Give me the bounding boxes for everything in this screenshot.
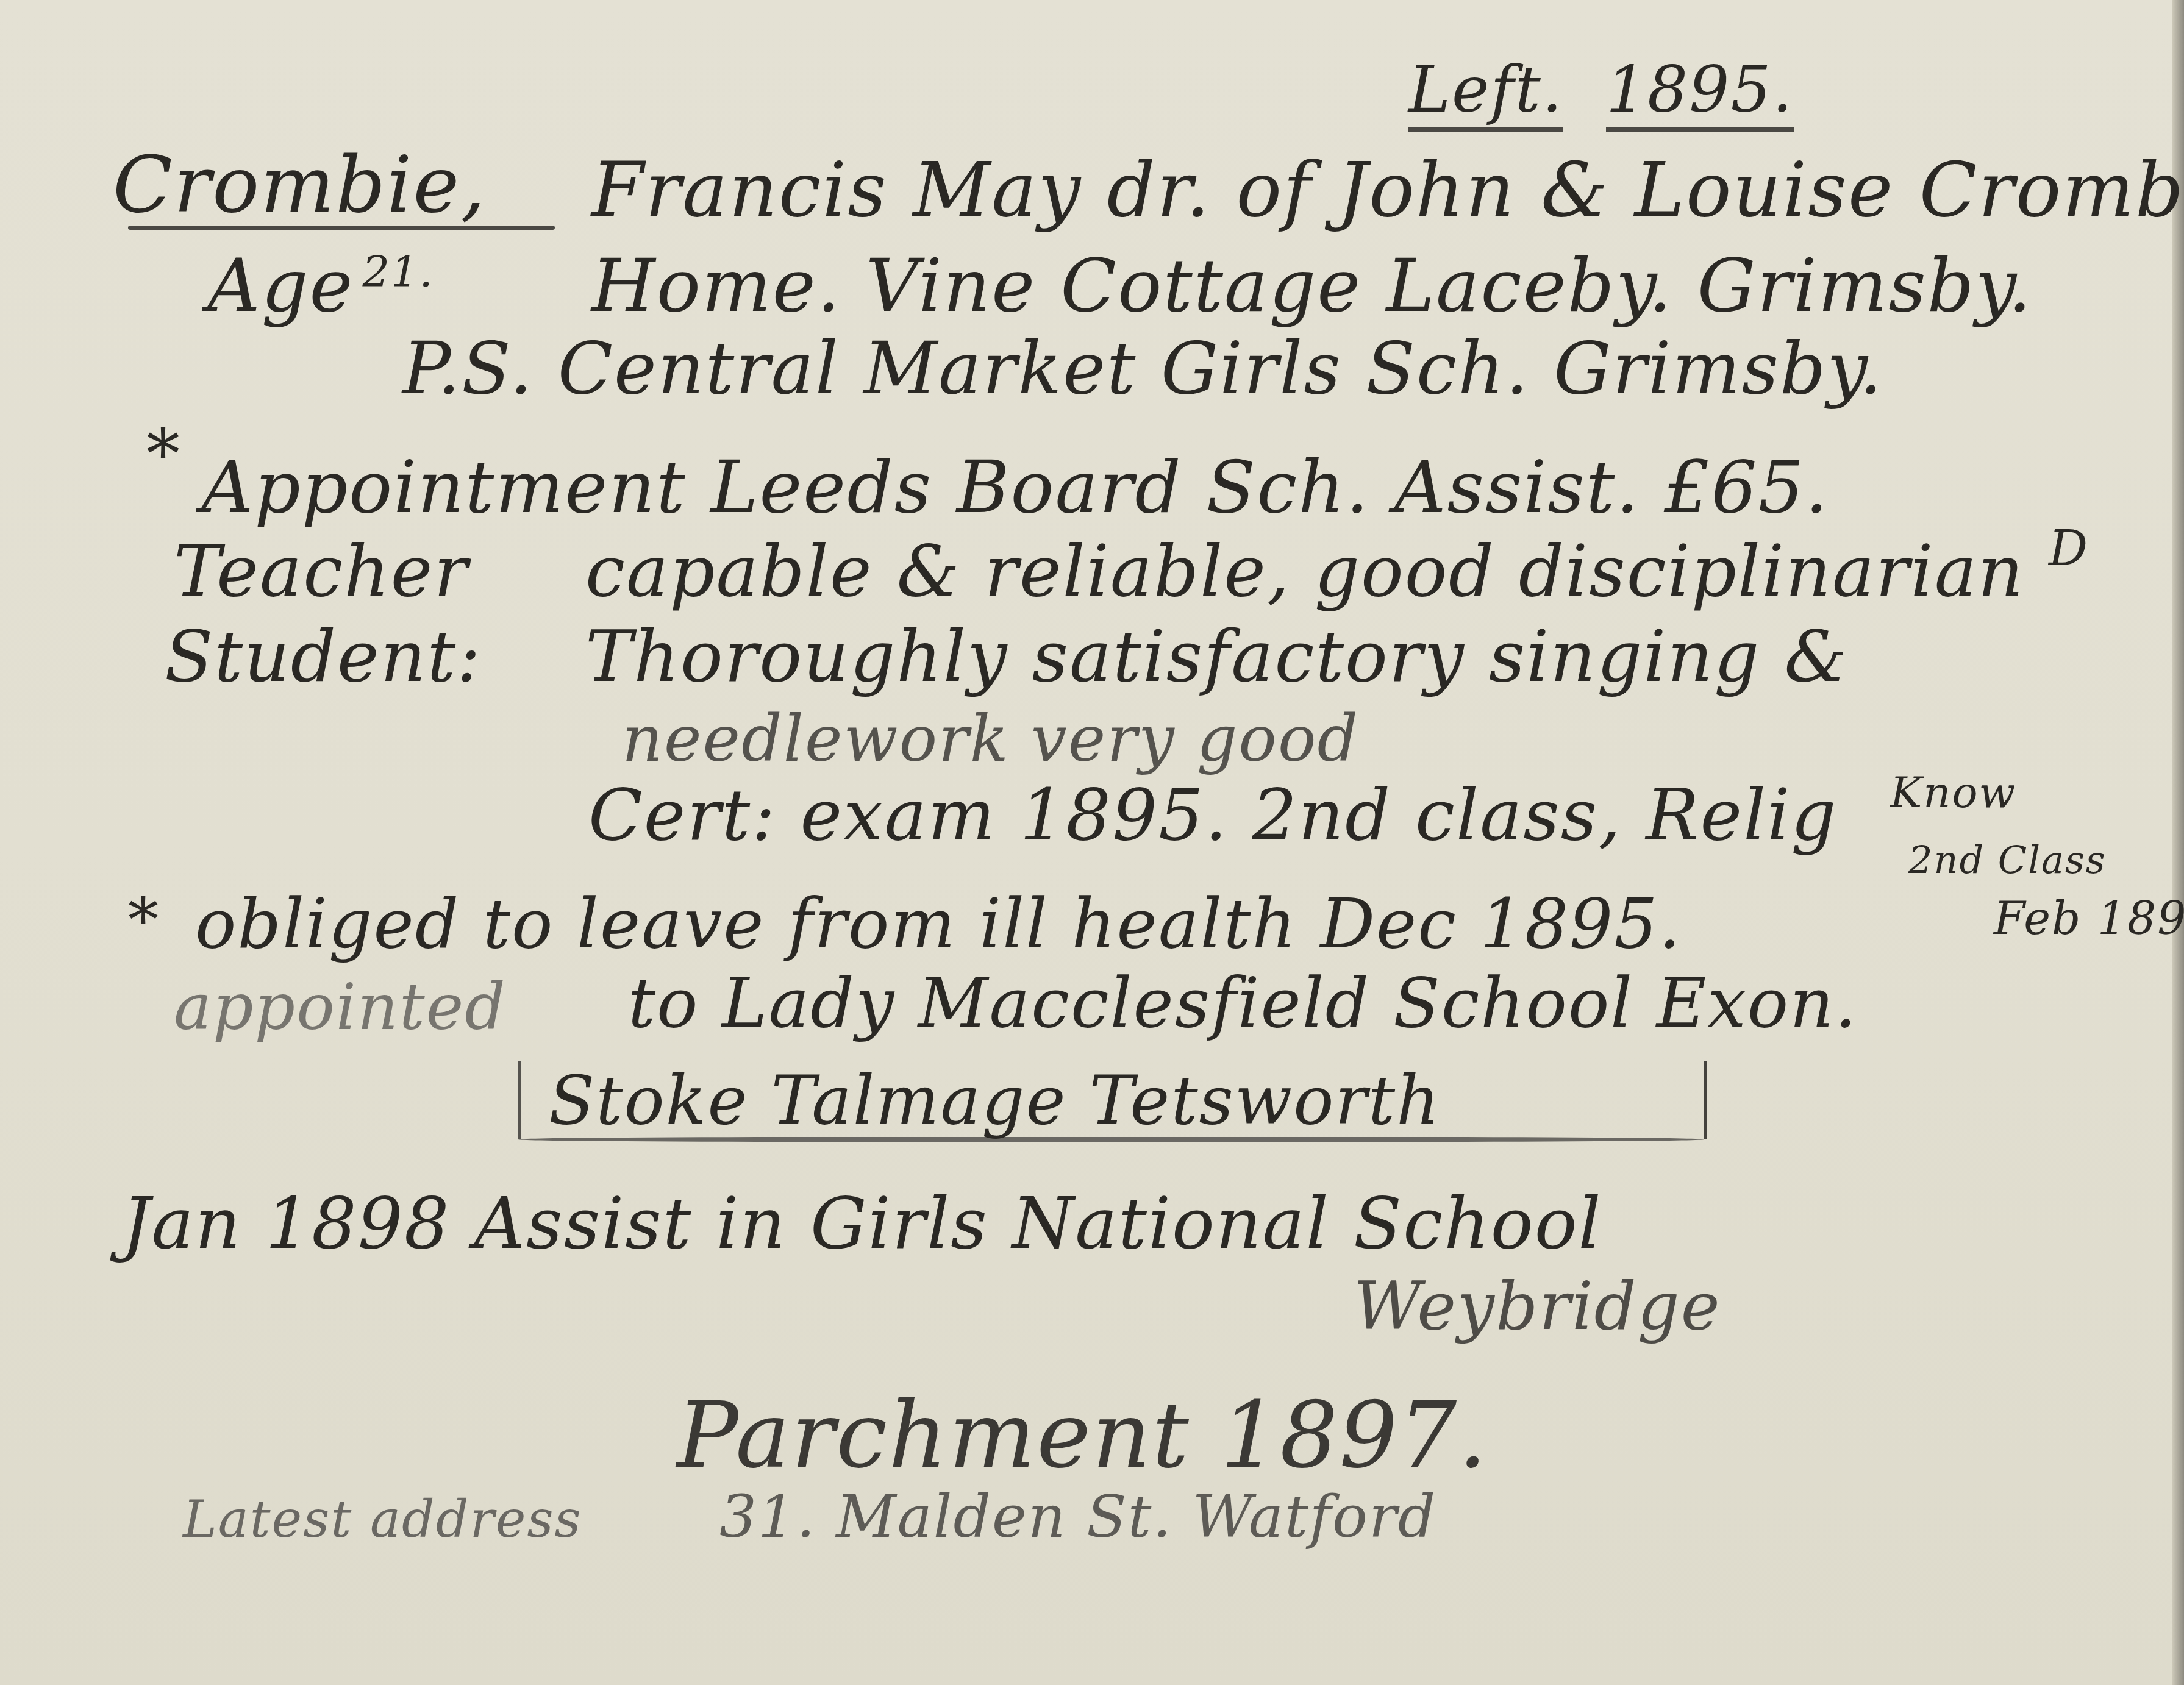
third-appointment: Jan 1898 Assist in Girls National School: [122, 1189, 1602, 1259]
student-label: Student:: [165, 622, 482, 693]
asterisk-marker: *: [146, 421, 181, 488]
home-address: Home. Vine Cottage Laceby. Grimsby.: [591, 250, 2033, 323]
left-date-header: Left.1895.: [1408, 58, 1794, 132]
age-field: Age21.: [207, 250, 434, 323]
feb-date-note: Feb 1897: [1994, 896, 2184, 941]
age-label: Age: [207, 244, 354, 329]
left-label: Left.: [1408, 58, 1563, 132]
parchment-year: Parchment 1897.: [677, 1390, 1488, 1481]
surname-underline: [128, 226, 555, 230]
second-class-note: 2nd Class: [1908, 841, 2107, 879]
weybridge-location: Weybridge: [1354, 1274, 1721, 1340]
full-name-parentage: Francis May dr. of John & Louise Crombie: [591, 152, 2184, 228]
bracketed-place-names: Stoke Talmage Tetsworth: [549, 1067, 1441, 1134]
leave-entry: obliged to leave from ill health Dec 189…: [195, 890, 1682, 958]
certificate-entry: Cert: exam 1895. 2nd class, Relig: [588, 780, 1838, 851]
religious-knowledge-note: Know: [1890, 771, 2016, 814]
salary-note: D: [2049, 524, 2089, 573]
previous-school: P.S. Central Market Girls Sch. Grimsby.: [402, 332, 1883, 404]
page-edge: [2172, 0, 2184, 1685]
appointed-label: appointed: [174, 975, 507, 1039]
surname: Crombie,: [113, 146, 487, 224]
latest-address-label: Latest address: [183, 1494, 582, 1545]
teacher-label: Teacher: [174, 536, 469, 607]
latest-address: 31. Malden St. Watford: [719, 1487, 1436, 1546]
asterisk-marker: *: [128, 890, 160, 951]
age-value: 21.: [363, 247, 434, 297]
second-appointment: to Lady Macclesfield School Exon.: [628, 969, 1858, 1038]
left-year: 1895.: [1606, 58, 1794, 132]
appointment-entry: Appointment Leeds Board Sch. Assist. £65…: [201, 451, 1829, 523]
student-assessment-cont: needlework very good: [622, 707, 1359, 771]
teacher-assessment: capable & reliable, good disciplinarian: [585, 536, 2025, 607]
student-assessment: Thoroughly satisfactory singing &: [585, 622, 1848, 693]
